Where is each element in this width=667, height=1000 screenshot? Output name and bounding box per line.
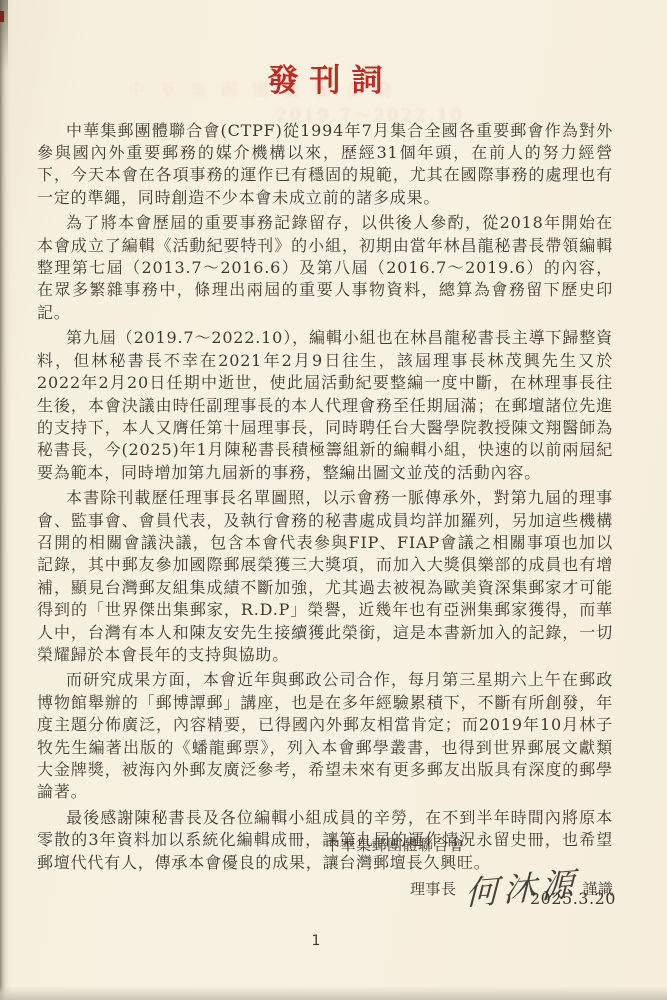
body-text: 中華集郵團體聯合會(CTPF)從1994年7月集合全國各重要郵會作為對外參與國內… [37, 120, 613, 874]
paragraph-1: 中華集郵團體聯合會(CTPF)從1994年7月集合全國各重要郵會作為對外參與國內… [37, 120, 613, 210]
scan-bottom-edge-shadow [0, 986, 667, 1000]
page-number: 1 [300, 933, 332, 949]
scan-red-cover-sliver [0, 11, 4, 22]
page-title: 發刊詞 [37, 64, 613, 100]
paragraph-2: 為了將本會歷屆的重要事務記錄留存，以供後人參酌，從2018年開始在本會成立了編輯… [37, 212, 613, 324]
paragraph-4: 本書除刊載歷任理事長名單圖照，以示會務一脈傳承外，對第九屆的理事會、監事會、會員… [37, 487, 613, 666]
scanned-document-page: 中華集郵團體聯合會 2019.7～2022.10 發刊詞 中華集郵團體聯合會(C… [0, 0, 667, 1000]
signature-role: 理事長 [410, 880, 457, 898]
signature-organization: 中華集郵團體聯合會 [325, 834, 465, 855]
document-content: 發刊詞 中華集郵團體聯合會(CTPF)從1994年7月集合全國各重要郵會作為對外… [0, 0, 667, 874]
paragraph-3: 第九屆（2019.7～2022.10），編輯小組也在林昌龍秘書長主導下歸整資料，… [37, 327, 613, 484]
paragraph-5: 而研究成果方面，本會近年與郵政公司合作，每月第三星期六上午在郵政博物館舉辦的「郵… [37, 669, 613, 803]
signature-date: 2025.3.20 [530, 889, 616, 908]
